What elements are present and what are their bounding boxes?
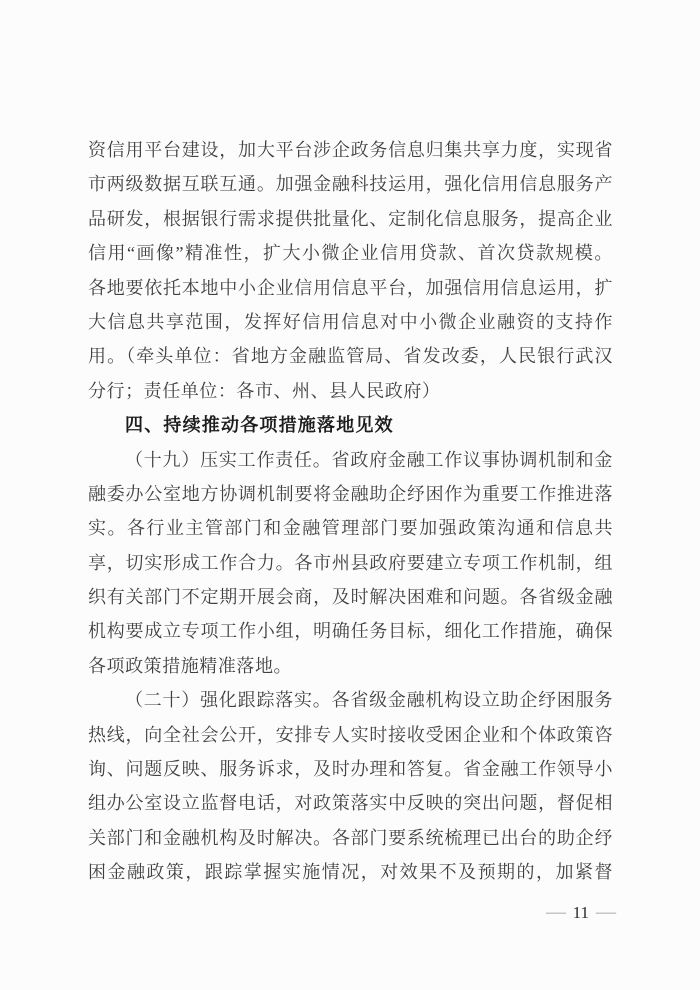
body-line: 资信用平台建设，加大平台涉企政务信息归集共享力度，实现省 [88,133,613,167]
body-line: 享，切实形成工作合力。各市州县政府要建立专项工作机制，组 [88,546,613,580]
clause-19-lead-line: （十九）压实工作责任。省政府金融工作议事协调机制和金 [88,443,613,477]
body-line: 信用“画像”精准性，扩大小微企业信用贷款、首次贷款规模。 [88,236,613,270]
document-page: 资信用平台建设，加大平台涉企政务信息归集共享力度，实现省 市两级数据互联互通。加… [0,0,700,990]
body-line: 实。各行业主管部门和金融管理部门要加强政策沟通和信息共 [88,511,613,545]
body-line: 各项政策措施精准落地。 [88,649,613,683]
page-number-dash-left: — [546,905,566,921]
body-line: 分行；责任单位：各市、州、县人民政府） [88,374,613,408]
body-line: 机构要成立专项工作小组，明确任务目标，细化工作措施，确保 [88,614,613,648]
body-line: 大信息共享范围，发挥好信用信息对中小微企业融资的支持作 [88,305,613,339]
section-heading: 四、持续推动各项措施落地见效 [88,408,613,442]
body-line: 各地要依托本地中小企业信用信息平台，加强信用信息运用，扩 [88,271,613,305]
body-line: 融委办公室地方协调机制要将金融助企纾困作为重要工作推进落 [88,477,613,511]
page-number-value: 11 [573,903,589,923]
body-line: 关部门和金融机构及时解决。各部门要系统梳理已出台的助企纾 [88,821,613,855]
body-line: 织有关部门不定期开展会商，及时解决困难和问题。各省级金融 [88,580,613,614]
body-line: 困金融政策，跟踪掌握实施情况，对效果不及预期的，加紧督 [88,855,613,889]
document-body: 资信用平台建设，加大平台涉企政务信息归集共享力度，实现省 市两级数据互联互通。加… [88,133,613,890]
body-line: 组办公室设立监督电话，对政策落实中反映的突出问题，督促相 [88,786,613,820]
body-line: 询、问题反映、服务诉求，及时办理和答复。省金融工作领导小 [88,752,613,786]
body-line: 热线，向全社会公开，安排专人实时接收受困企业和个体政策咨 [88,718,613,752]
page-number: — 11 — [548,901,614,925]
page-number-dash-right: — [596,905,616,921]
body-line: 用。（牵头单位：省地方金融监管局、省发改委，人民银行武汉 [88,339,613,373]
body-line: 市两级数据互联互通。加强金融科技运用，强化信用信息服务产 [88,167,613,201]
clause-20-lead-line: （二十）强化跟踪落实。各省级金融机构设立助企纾困服务 [88,683,613,717]
body-line: 品研发，根据银行需求提供批量化、定制化信息服务，提高企业 [88,202,613,236]
